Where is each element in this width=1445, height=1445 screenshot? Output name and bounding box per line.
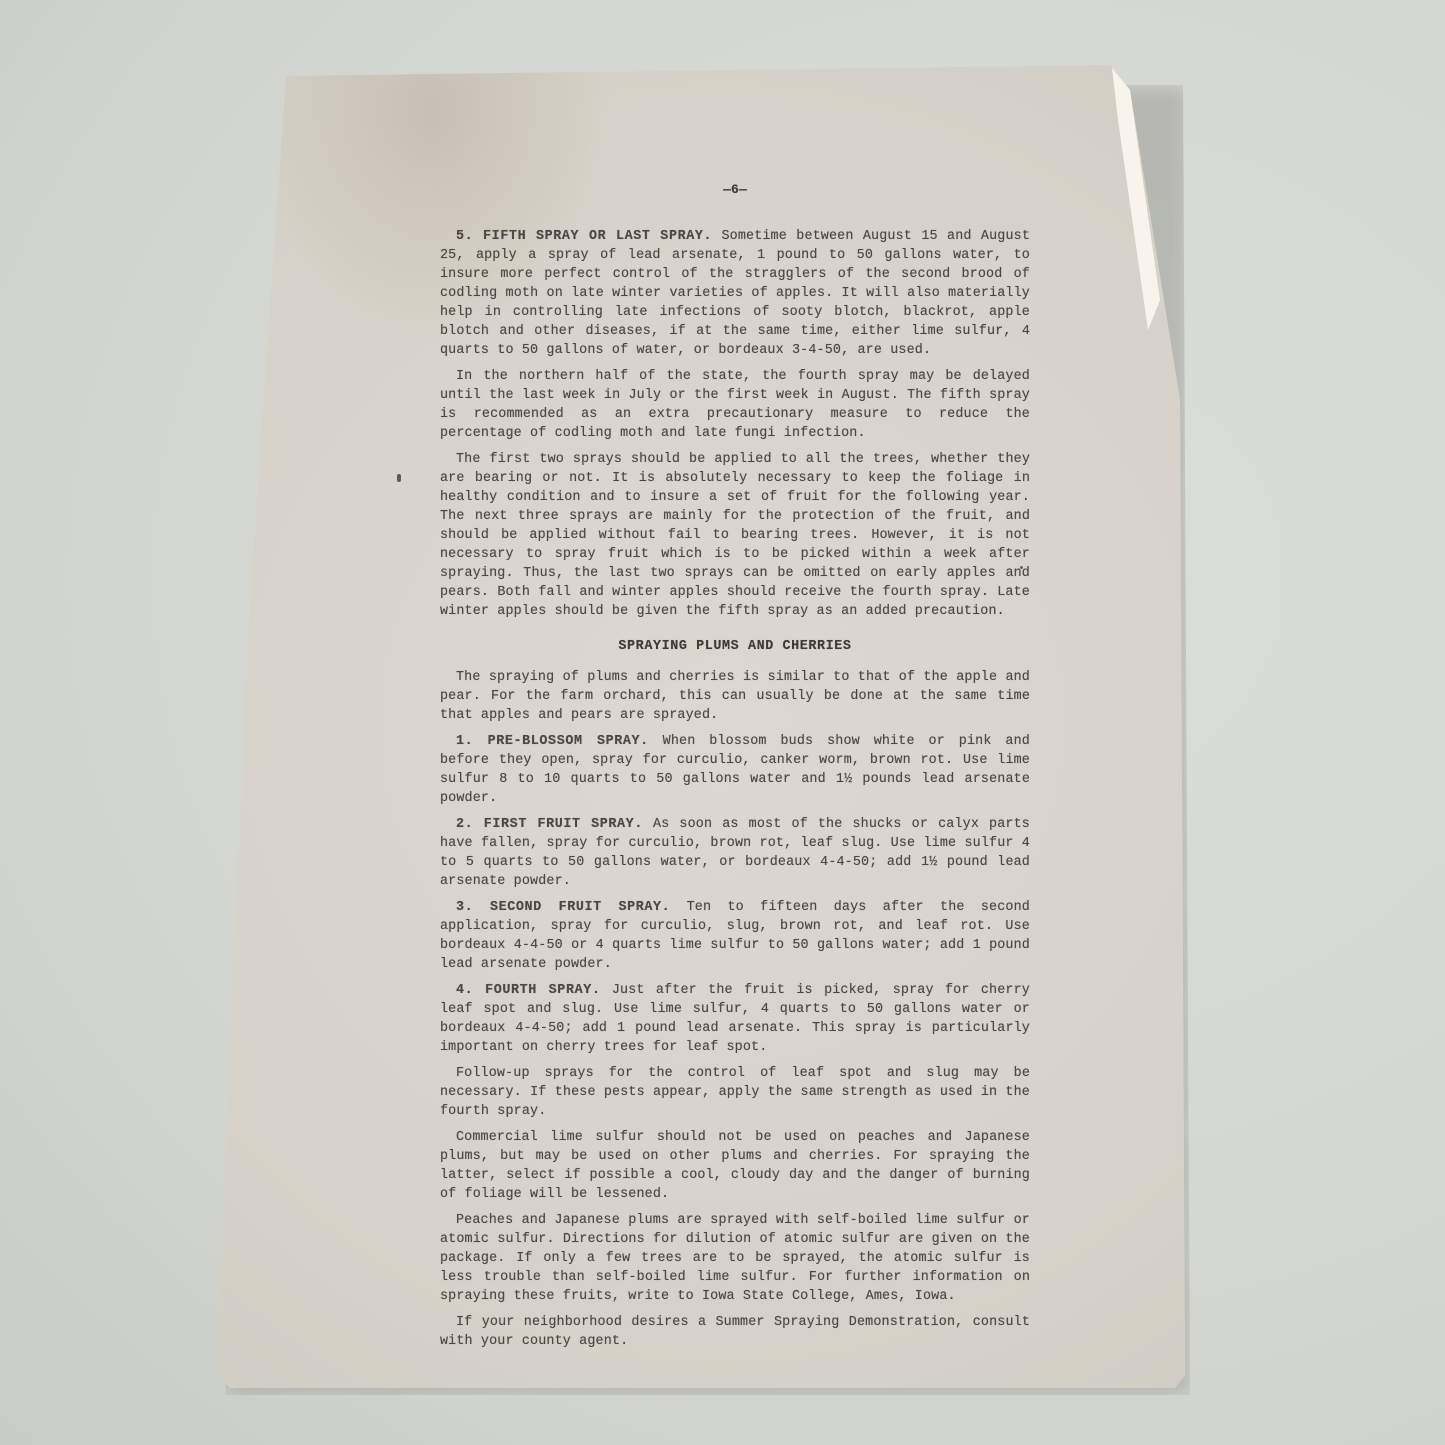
paragraph: Commercial lime sulfur should not be use…	[440, 1128, 1030, 1204]
paragraph: 4. FOURTH SPRAY. Just after the fruit is…	[440, 981, 1030, 1057]
paragraph: Peaches and Japanese plums are sprayed w…	[440, 1211, 1030, 1306]
paragraph: 2. FIRST FRUIT SPRAY. As soon as most of…	[440, 815, 1030, 891]
paragraph: 3. SECOND FRUIT SPRAY. Ten to fifteen da…	[440, 898, 1030, 974]
paragraph-text: In the northern half of the state, the f…	[440, 369, 1030, 441]
paragraph-lead-heading: 3. SECOND FRUIT SPRAY.	[456, 900, 670, 915]
paragraph: The spraying of plums and cherries is si…	[440, 668, 1030, 725]
paragraph: The first two sprays should be applied t…	[440, 450, 1030, 621]
paragraph-text: Sometime between August 15 and August 25…	[440, 229, 1030, 358]
apple-spray-section: 5. FIFTH SPRAY OR LAST SPRAY. Sometime b…	[440, 227, 1030, 621]
section-heading: SPRAYING PLUMS AND CHERRIES	[440, 637, 1030, 656]
paragraph-lead-heading: 4. FOURTH SPRAY.	[456, 983, 600, 998]
paragraph: In the northern half of the state, the f…	[440, 367, 1030, 443]
paragraph: 5. FIFTH SPRAY OR LAST SPRAY. Sometime b…	[440, 227, 1030, 360]
paragraph-lead-heading: 1. PRE-BLOSSOM SPRAY.	[456, 734, 649, 749]
paragraph-text: Follow-up sprays for the control of leaf…	[440, 1066, 1030, 1119]
paragraph-text: Peaches and Japanese plums are sprayed w…	[440, 1213, 1030, 1304]
document-body: —6— 5. FIFTH SPRAY OR LAST SPRAY. Someti…	[440, 180, 1030, 1358]
paragraph: If your neighborhood desires a Summer Sp…	[440, 1313, 1030, 1351]
paragraph: 1. PRE-BLOSSOM SPRAY. When blossom buds …	[440, 732, 1030, 808]
paragraph-text: Commercial lime sulfur should not be use…	[440, 1130, 1030, 1202]
paragraph-text: The spraying of plums and cherries is si…	[440, 670, 1030, 723]
paragraph-text: If your neighborhood desires a Summer Sp…	[440, 1315, 1030, 1349]
paragraph-lead-heading: 2. FIRST FRUIT SPRAY.	[456, 817, 643, 832]
paragraph-lead-heading: 5. FIFTH SPRAY OR LAST SPRAY.	[456, 229, 712, 244]
paragraph-text: The first two sprays should be applied t…	[440, 452, 1030, 619]
page-number: —6—	[440, 180, 1030, 199]
plums-cherries-section: The spraying of plums and cherries is si…	[440, 668, 1030, 1351]
margin-ink-mark	[397, 474, 401, 482]
paragraph: Follow-up sprays for the control of leaf…	[440, 1064, 1030, 1121]
